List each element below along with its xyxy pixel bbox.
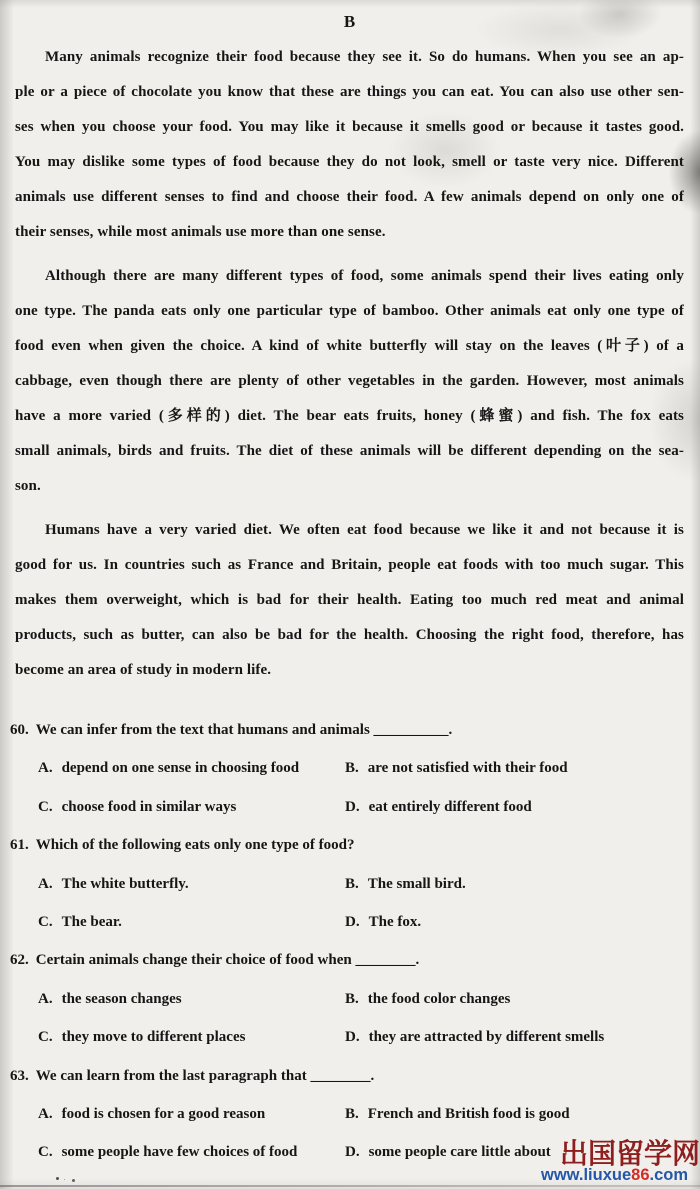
answer-option: C.they move to different places bbox=[10, 1018, 345, 1056]
option-row: A.The white butterfly.B.The small bird. bbox=[10, 865, 688, 903]
option-text: they are attracted by different smells bbox=[369, 1018, 605, 1056]
option-text: are not satisfied with their food bbox=[368, 749, 568, 787]
answer-option: C.The bear. bbox=[10, 903, 345, 941]
question-text: We can infer from the text that humans a… bbox=[36, 711, 453, 749]
answer-option: C.some people have few choices of food bbox=[10, 1133, 345, 1171]
scan-artifact-dots bbox=[56, 1177, 59, 1180]
passage-line: cabbage, even though there are plenty of… bbox=[15, 364, 684, 399]
watermark-url-highlight: 86 bbox=[631, 1166, 649, 1184]
answer-option: A.The white butterfly. bbox=[10, 865, 345, 903]
option-row: A.food is chosen for a good reasonB.Fren… bbox=[10, 1095, 688, 1133]
answer-option: B.the food color changes bbox=[345, 980, 688, 1018]
option-text: some people care little about bbox=[369, 1133, 551, 1171]
question-number: 62. bbox=[10, 941, 29, 979]
answer-option: A.the season changes bbox=[10, 980, 345, 1018]
option-text: The small bird. bbox=[368, 865, 466, 903]
answer-option: A.depend on one sense in choosing food bbox=[10, 749, 345, 787]
option-text: food is chosen for a good reason bbox=[62, 1095, 266, 1133]
answer-option: D.they are attracted by different smells bbox=[345, 1018, 688, 1056]
question-stem: 63.We can learn from the last paragraph … bbox=[10, 1057, 688, 1095]
passage-paragraph: Humans have a very varied diet. We often… bbox=[15, 513, 684, 688]
passage-line: their senses, while most animals use mor… bbox=[15, 215, 684, 250]
option-key: D. bbox=[345, 1018, 360, 1056]
option-text: The white butterfly. bbox=[62, 865, 189, 903]
option-text: French and British food is good bbox=[368, 1095, 570, 1133]
passage-line: Many animals recognize their food becaus… bbox=[15, 40, 684, 75]
questions-section: 60.We can infer from the text that human… bbox=[10, 711, 688, 1172]
passage-line: animals use different senses to find and… bbox=[15, 180, 684, 215]
option-key: C. bbox=[38, 1133, 53, 1171]
option-text: eat entirely different food bbox=[369, 788, 532, 826]
answer-option: D.eat entirely different food bbox=[345, 788, 688, 826]
answer-option: B.French and British food is good bbox=[345, 1095, 688, 1133]
option-key: A. bbox=[38, 980, 53, 1018]
answer-option: B.are not satisfied with their food bbox=[345, 749, 688, 787]
option-key: C. bbox=[38, 903, 53, 941]
option-text: The fox. bbox=[369, 903, 422, 941]
reading-passage: Many animals recognize their food becaus… bbox=[15, 40, 684, 697]
passage-line: products, such as butter, can also be ba… bbox=[15, 618, 684, 653]
passage-line: small animals, birds and fruits. The die… bbox=[15, 434, 684, 469]
option-text: some people have few choices of food bbox=[62, 1133, 298, 1171]
passage-line: ple or a piece of chocolate you know tha… bbox=[15, 75, 684, 110]
option-row: C.The bear.D.The fox. bbox=[10, 903, 688, 941]
question-text: Which of the following eats only one typ… bbox=[36, 826, 355, 864]
passage-line: You may dislike some types of food becau… bbox=[15, 145, 684, 180]
option-key: A. bbox=[38, 865, 53, 903]
watermark-url: www.liuxue86.com bbox=[541, 1166, 688, 1184]
option-text: depend on one sense in choosing food bbox=[62, 749, 300, 787]
passage-line: have a more varied (多样的) diet. The bear … bbox=[15, 399, 684, 434]
answer-option: C.choose food in similar ways bbox=[10, 788, 345, 826]
passage-paragraph: Although there are many different types … bbox=[15, 259, 684, 504]
question-text: Certain animals change their choice of f… bbox=[36, 941, 419, 979]
option-row: C.they move to different placesD.they ar… bbox=[10, 1018, 688, 1056]
option-key: A. bbox=[38, 1095, 53, 1133]
question-number: 61. bbox=[10, 826, 29, 864]
answer-option: B.The small bird. bbox=[345, 865, 688, 903]
scanned-test-page: B Many animals recognize their food beca… bbox=[0, 0, 700, 1189]
option-row: A.the season changesB.the food color cha… bbox=[10, 980, 688, 1018]
scan-edge-line bbox=[0, 1185, 700, 1187]
passage-line: son. bbox=[15, 469, 684, 504]
question-stem: 61.Which of the following eats only one … bbox=[10, 826, 688, 864]
option-key: C. bbox=[38, 1018, 53, 1056]
option-key: C. bbox=[38, 788, 53, 826]
option-key: B. bbox=[345, 980, 359, 1018]
option-key: D. bbox=[345, 903, 360, 941]
passage-line: Although there are many different types … bbox=[15, 259, 684, 294]
option-text: The bear. bbox=[62, 903, 122, 941]
answer-option: A.food is chosen for a good reason bbox=[10, 1095, 345, 1133]
option-text: the food color changes bbox=[368, 980, 511, 1018]
passage-line: makes them overweight, which is bad for … bbox=[15, 583, 684, 618]
option-row: A.depend on one sense in choosing foodB.… bbox=[10, 749, 688, 787]
option-text: they move to different places bbox=[62, 1018, 246, 1056]
option-key: D. bbox=[345, 1133, 360, 1171]
section-title: B bbox=[0, 12, 700, 32]
option-key: D. bbox=[345, 788, 360, 826]
question-stem: 60.We can infer from the text that human… bbox=[10, 711, 688, 749]
question-number: 60. bbox=[10, 711, 29, 749]
watermark-url-prefix: www.liuxue bbox=[541, 1166, 631, 1184]
passage-line: ses when you choose your food. You may l… bbox=[15, 110, 684, 145]
passage-line: Humans have a very varied diet. We often… bbox=[15, 513, 684, 548]
question-stem: 62.Certain animals change their choice o… bbox=[10, 941, 688, 979]
passage-line: food even when given the choice. A kind … bbox=[15, 329, 684, 364]
option-text: choose food in similar ways bbox=[62, 788, 237, 826]
passage-paragraph: Many animals recognize their food becaus… bbox=[15, 40, 684, 250]
passage-line: become an area of study in modern life. bbox=[15, 653, 684, 688]
watermark-url-suffix: .com bbox=[650, 1166, 689, 1184]
option-key: B. bbox=[345, 865, 359, 903]
option-key: B. bbox=[345, 1095, 359, 1133]
question-text: We can learn from the last paragraph tha… bbox=[36, 1057, 374, 1095]
option-text: the season changes bbox=[62, 980, 182, 1018]
passage-line: one type. The panda eats only one partic… bbox=[15, 294, 684, 329]
answer-option: D.The fox. bbox=[345, 903, 688, 941]
question-number: 63. bbox=[10, 1057, 29, 1095]
option-row: C.choose food in similar waysD.eat entir… bbox=[10, 788, 688, 826]
option-key: B. bbox=[345, 749, 359, 787]
option-key: A. bbox=[38, 749, 53, 787]
passage-line: good for us. In countries such as France… bbox=[15, 548, 684, 583]
